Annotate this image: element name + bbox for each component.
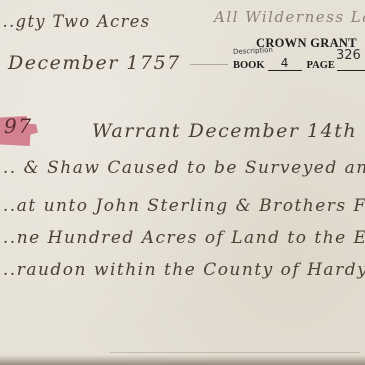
handwriting-line-surveyed: ... & Shaw Caused to be Surveyed and La.…: [0, 158, 365, 178]
book-label: BOOK: [233, 60, 265, 71]
handwriting-line-sterling: ...at unto John Sterling & Brothers Four…: [0, 196, 365, 216]
handwriting-line-county: ...raudon within the County of Hardy bei…: [0, 260, 365, 280]
handwriting-warrant-date: Warrant December 14th 1757: [92, 120, 365, 142]
handwriting-record-number: 97: [4, 114, 32, 138]
handwriting-line-hundred-acres: ...ne Hundred Acres of Land to the Eastw…: [0, 228, 365, 248]
book-number-value: 4: [268, 56, 302, 70]
handwriting-line-date-1757: December 1757: [8, 52, 181, 74]
page-label: PAGE: [307, 60, 335, 71]
faint-ruled-line: [110, 352, 360, 353]
handwriting-line-wilderness: All Wilderness Land: [214, 8, 365, 26]
page-edge-shadow: [0, 355, 365, 365]
handwriting-line-acres: ...gty Two Acres: [0, 12, 150, 32]
description-annotation: Description: [233, 46, 273, 56]
divider-line: [190, 64, 228, 65]
page-number-value: 326: [336, 48, 361, 63]
book-number-field: 4: [268, 58, 302, 71]
document-scan: ...gty Two Acres All Wilderness Land Dec…: [0, 0, 365, 365]
